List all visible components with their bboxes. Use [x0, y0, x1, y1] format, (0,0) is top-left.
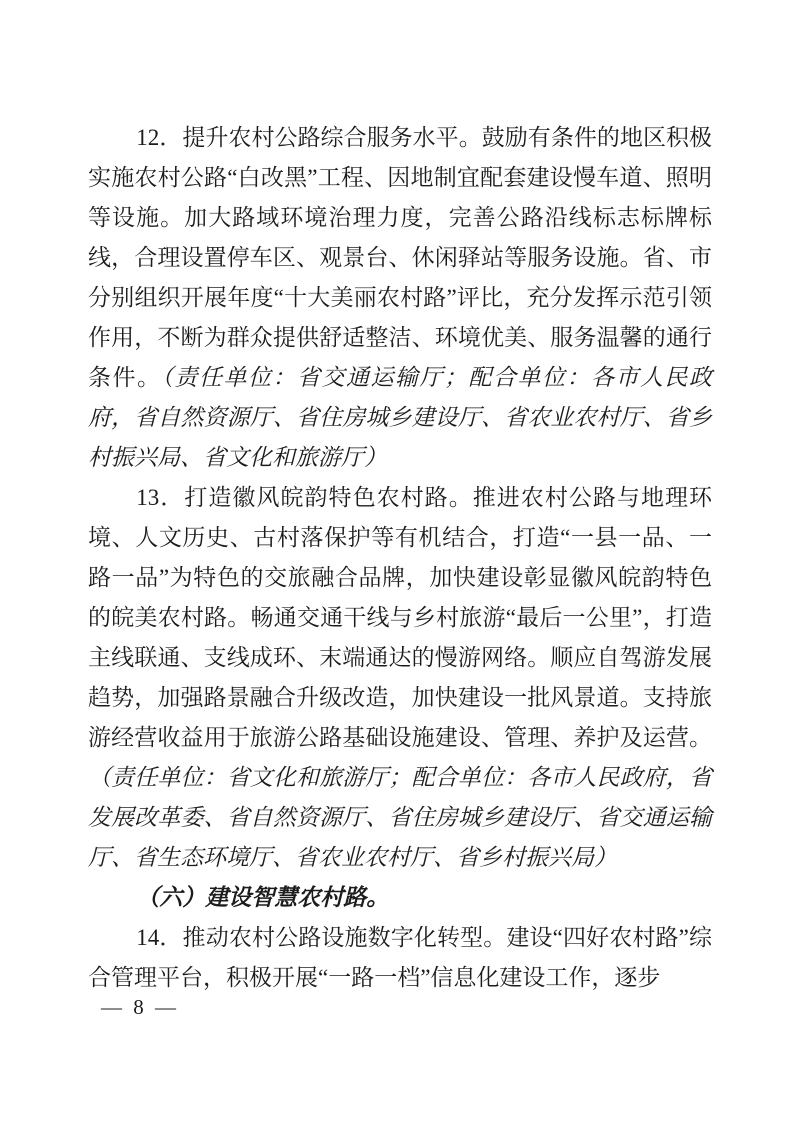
paragraph-12-responsible-units: （责任单位：省交通运输厅；配合单位：各市人民政府，省自然资源厅、省住房城乡建设厅… [88, 365, 712, 470]
paragraph-13-body: 13．打造徽风皖韵特色农村路。推进农村公路与地理环境、人文历史、古村落保护等有机… [88, 485, 712, 750]
paragraph-12-body: 12．提升农村公路综合服务水平。鼓励有条件的地区积极实施农村公路“白改黑”工程、… [88, 125, 712, 390]
document-page: 12．提升农村公路综合服务水平。鼓励有条件的地区积极实施农村公路“白改黑”工程、… [0, 0, 794, 1122]
page-number: — 8 — [101, 994, 179, 1020]
paragraph-item-12: 12．提升农村公路综合服务水平。鼓励有条件的地区积极实施农村公路“白改黑”工程、… [88, 118, 712, 478]
document-content: 12．提升农村公路综合服务水平。鼓励有条件的地区积极实施农村公路“白改黑”工程、… [88, 118, 712, 998]
paragraph-13-responsible-units: （责任单位：省文化和旅游厅；配合单位：各市人民政府，省发展改革委、省自然资源厅、… [88, 765, 712, 870]
section-heading-6: （六）建设智慧农村路。 [88, 878, 712, 918]
paragraph-item-14: 14．推动农村公路设施数字化转型。建设“四好农村路”综合管理平台，积极开展“一路… [88, 918, 712, 998]
paragraph-item-13: 13．打造徽风皖韵特色农村路。推进农村公路与地理环境、人文历史、古村落保护等有机… [88, 478, 712, 878]
